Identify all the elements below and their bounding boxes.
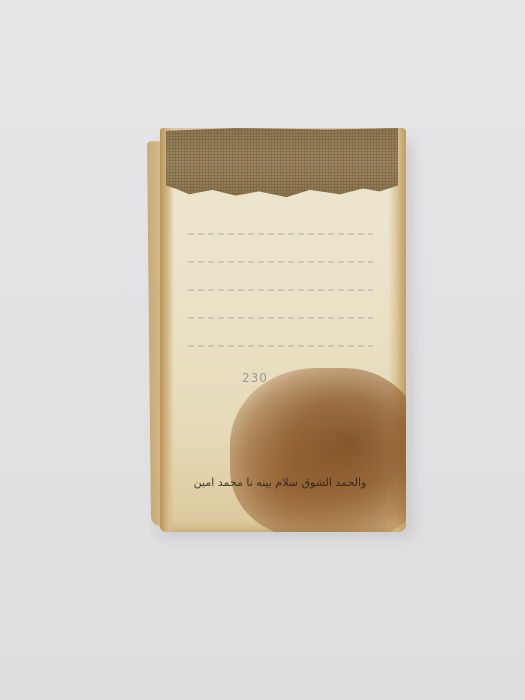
page-left-edge	[160, 128, 174, 532]
faded-line	[188, 289, 373, 291]
brown-stain	[230, 368, 406, 532]
faded-line	[188, 317, 373, 319]
photo-scene: 230 والحمد الشوق سلام بينه نا محمد امين	[0, 0, 525, 700]
faded-line	[188, 261, 373, 263]
arabic-inscription: والحمد الشوق سلام بينه نا محمد امين	[180, 476, 380, 489]
faded-text-lines	[188, 233, 373, 383]
burlap-fabric-strip	[166, 128, 398, 200]
manuscript-page: 230 والحمد الشوق سلام بينه نا محمد امين	[160, 128, 406, 532]
faded-line	[188, 233, 373, 235]
faded-line	[188, 345, 373, 347]
